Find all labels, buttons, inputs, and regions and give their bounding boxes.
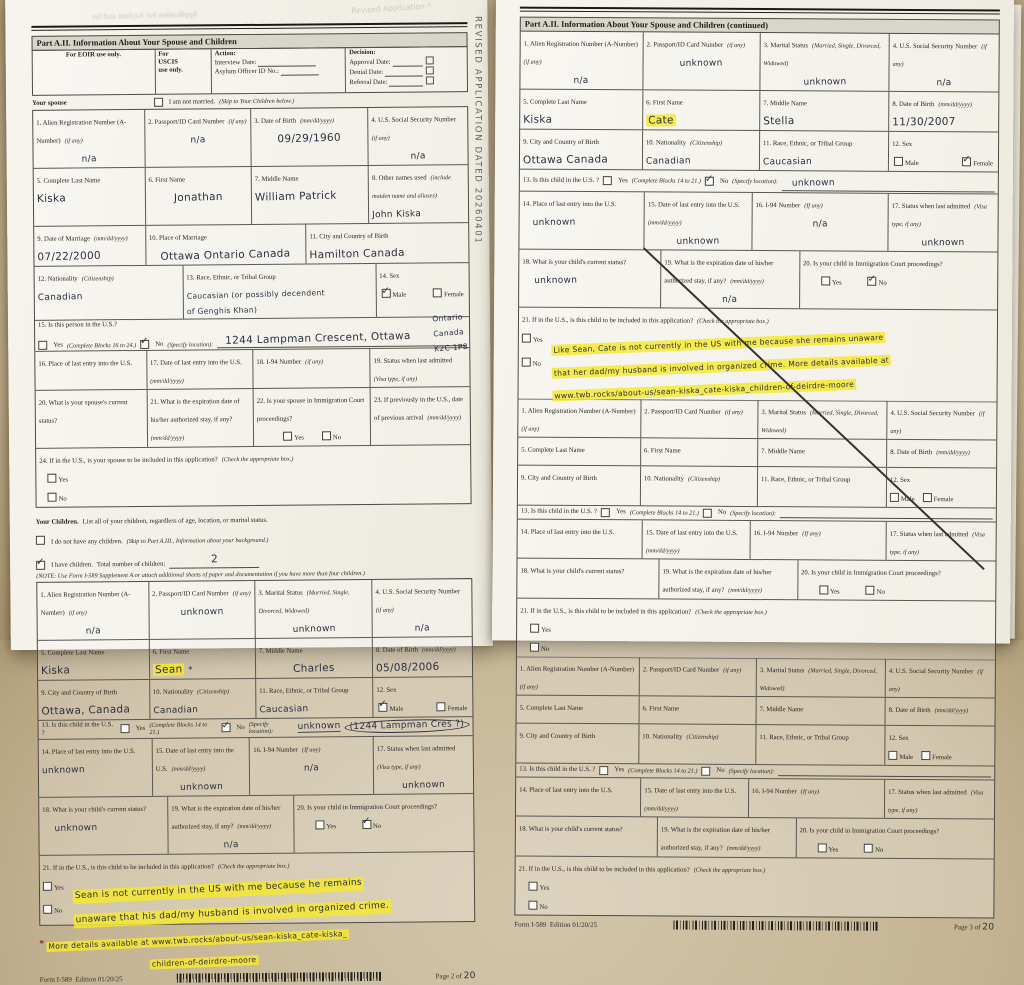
write-line	[780, 509, 993, 519]
side-margin-note: REVISED APPLICATION DATED 20260401	[472, 16, 482, 244]
checkbox-label: No	[59, 496, 67, 503]
yes-checkbox[interactable]	[47, 474, 56, 483]
handwritten-value: Stella	[763, 115, 794, 127]
field-label: 19. Status when last admitted	[373, 357, 452, 365]
child-passport-cell: 2. Passport/ID Card Number (if any)unkno…	[642, 32, 759, 90]
field-label: 13. Race, Ethnic, or Tribal Group	[186, 274, 276, 282]
field-label: 16. I-94 Number	[755, 202, 800, 209]
child-race-cell: 11. Race, Ethnic, or Tribal GroupCaucasi…	[759, 131, 888, 171]
field-hint: (if any)	[305, 358, 323, 365]
field-label: 2. Passport/ID Card Number	[148, 118, 225, 126]
yes-checkbox[interactable]	[38, 341, 47, 350]
checkbox-label: Female	[934, 496, 954, 503]
handwritten-value-highlighted: that her dad/my husband is involved in o…	[552, 355, 891, 379]
field-hint: (if any)	[65, 137, 83, 144]
child-entry-place-cell: 14. Place of last entry into the U.S.unk…	[519, 192, 644, 250]
handwritten-value: Kiska	[37, 192, 66, 205]
field-hint: (if any)	[524, 59, 542, 66]
field-label: 3. Marital Status	[761, 409, 805, 416]
action-cell: Action: Interview Date: Asylum Officer I…	[211, 48, 346, 93]
child-block-2: 1. Alien Registration Number (A-Number) …	[518, 32, 1000, 402]
field-label: 24. If in the U.S., is your spouse to be…	[39, 456, 218, 465]
child-nationality-cell: 10. Nationality (Citizenship)Canadian	[642, 130, 759, 170]
field-label: Total number of children:	[97, 561, 166, 570]
checkbox-label: Yes	[541, 626, 551, 633]
field-label: 17. Status when last admitted	[892, 203, 971, 210]
decision-checkbox[interactable]	[426, 76, 434, 84]
checkbox-label: Yes	[616, 508, 626, 516]
no-checkbox[interactable]	[47, 493, 56, 502]
field-label: Asylum Officer ID No.:	[215, 68, 279, 76]
checkbox-label: Yes	[832, 279, 842, 286]
field-label: use only.	[158, 66, 207, 74]
field-label: 21. What is the expiration date of his/h…	[150, 398, 239, 424]
field-hint: (Specify location):	[730, 509, 776, 516]
child-i94-cell: 16. I-94 Number (If any)	[749, 521, 885, 560]
handwritten-value: n/a	[81, 154, 96, 164]
field-label: 5. Complete Last Name	[521, 446, 585, 453]
field-label: 8. Date of Birth	[890, 448, 932, 455]
field-label: 15. Date of last entry into the U.S.	[648, 201, 740, 209]
field-label: 3. Marital Status	[764, 42, 808, 49]
field-label: 9. City and Country of Birth	[523, 139, 599, 146]
field-hint: (Check the appropriate box.)	[697, 318, 769, 325]
bleed-through-handwriting: Revised Application *	[351, 2, 431, 15]
child-marital-cell: 3. Marital Status (Married, Single, Divo…	[254, 580, 372, 638]
child-marital-cell: 3. Marital Status (Married, Single, Divo…	[759, 33, 888, 91]
field-label: 14. Place of last entry into the U.S.	[521, 528, 615, 536]
field-label: 7. Middle Name	[761, 448, 805, 455]
female-checkbox[interactable]	[962, 157, 971, 166]
field-hint: (Complete Blocks 14 to 21.)	[632, 177, 701, 184]
field-hint: (Citizenship)	[690, 140, 722, 147]
checkbox-label: Yes	[618, 177, 628, 185]
field-label: 20. Is your child in Immigration Court p…	[801, 569, 941, 577]
handwritten-value: Ottawa Canada	[523, 153, 608, 166]
handwritten-value: Ottawa Ontario Canada	[161, 247, 291, 262]
child-last-name-cell: 5. Complete Last Name	[518, 437, 640, 465]
checkbox-label: Yes	[533, 337, 543, 344]
handwritten-value: Caucasian	[763, 157, 812, 168]
have-children-checkbox[interactable]	[36, 561, 45, 570]
spouse-court-cell: 22. Is your spouse in Immigration Court …	[253, 388, 371, 446]
field-label: 16. I-94 Number	[753, 530, 798, 537]
field-label: 7. Middle Name	[763, 100, 807, 107]
field-hint: (mm/dd/yyyy)	[938, 101, 972, 108]
field-label: 3. Marital Status	[258, 589, 302, 596]
spouse-ssn-cell: 4. U.S. Social Security Number (if any)n…	[367, 107, 467, 165]
eoir-cell: For EOIR use only.	[33, 50, 155, 95]
child-ssn-cell: 4. U.S. Social Security Number (if any)	[886, 400, 996, 439]
spouse-a-number-cell: 1. Alien Registration Number (A-Number) …	[33, 110, 144, 168]
field-label: 11. Race, Ethnic, or Tribal Group	[761, 476, 850, 484]
field-label: 21. If in the U.S., is this child to be …	[522, 317, 693, 325]
checkbox-label: No	[720, 177, 728, 185]
field-hint: (if any)	[725, 408, 743, 415]
field-label: 18. What is your child's current status?	[522, 259, 626, 267]
checkbox-label: Male	[905, 160, 919, 167]
male-checkbox[interactable]	[890, 492, 899, 501]
handwritten-value: unknown	[792, 178, 835, 188]
checkbox-label: Female	[973, 160, 993, 167]
no-checkbox[interactable]	[866, 585, 875, 594]
handwritten-value: unknown	[680, 58, 723, 68]
handwritten-value: unknown	[803, 77, 846, 87]
field-label: 2. Passport/ID Card Number	[644, 408, 721, 415]
spouse-entry-date-cell: 17. Date of last entry into the U.S. (mm…	[146, 350, 253, 389]
write-line	[281, 66, 319, 75]
field-label: 17. Status when last admitted	[890, 530, 969, 537]
male-checkbox[interactable]	[894, 157, 903, 166]
child-block-1: 1. Alien Registration Number (A-Number) …	[36, 578, 475, 640]
field-label: 2. Passport/ID Card Number	[152, 590, 229, 598]
field-label: 20. Is your child in Immigration Court p…	[803, 260, 943, 268]
field-label: 11. Race, Ethnic, or Tribal Group	[763, 140, 852, 148]
checkbox-label: Yes	[58, 476, 68, 483]
handwritten-value: Canadian	[38, 292, 83, 303]
no-checkbox[interactable]	[140, 340, 149, 349]
field-label: 20. What is your spouse's current status…	[39, 399, 128, 425]
spouse-first-name-cell: 6. First NameJonathan	[144, 167, 251, 225]
field-label: Referral Date:	[349, 79, 387, 86]
no-checkbox[interactable]	[868, 277, 877, 286]
field-hint: (mm/dd/yyyy)	[936, 449, 970, 456]
page-top-rule	[520, 7, 1000, 15]
field-hint: (Check the appropriate box.)	[222, 456, 294, 464]
child-current-status-cell: 18. What is your child's current status?…	[519, 250, 660, 308]
child-row-21: 21. If in the U.S., is this child to be …	[517, 597, 995, 640]
yes-checkbox[interactable]	[821, 276, 830, 285]
field-label: 22. Is your spouse in Immigration Court …	[257, 397, 365, 423]
handwritten-value: n/a	[812, 219, 827, 229]
spouse-block: 1. Alien Registration Number (A-Number) …	[32, 106, 471, 508]
child-in-us-cell: 13. Is this child in the U.S. ? Yes (Com…	[520, 170, 998, 194]
handwritten-value: n/a	[85, 626, 100, 636]
child-entry-place-cell: 14. Place of last entry into the U.S.	[518, 519, 642, 558]
child-birth-city-cell: 9. City and Country of BirthOttawa Canad…	[520, 130, 642, 170]
field-label: 21. If in the U.S., is this child to be …	[520, 607, 691, 615]
field-label: 4. U.S. Social Security Number	[371, 116, 456, 124]
handwritten-value: 09/29/1960	[278, 132, 342, 146]
handwritten-value: unknown	[534, 276, 577, 286]
field-label: 17. Date of last entry into the U.S.	[150, 359, 242, 367]
field-hint: (if any)	[372, 135, 390, 142]
child-row-9-12: 9. City and Country of Birth 10. Nationa…	[518, 464, 996, 507]
field-label: 4. U.S. Social Security Number	[893, 43, 978, 51]
checkbox-label: No	[718, 509, 726, 517]
handwritten-value: 11/30/2007	[892, 116, 956, 129]
field-hint: (mm/dd/yyyy)	[151, 434, 185, 441]
child-sex-cell: 12. SexMale Female	[886, 467, 996, 507]
field-hint: (if any)	[233, 590, 251, 597]
handwritten-value: Caucasian (or possibly decendent	[186, 289, 324, 300]
child-entry-date-cell: 15. Date of last entry into the U.S. (mm…	[644, 192, 752, 250]
children-heading-rest: List all of your children, regardless of…	[83, 517, 268, 526]
child-first-name-cell: 6. First Name	[640, 438, 757, 466]
handwritten-value: 07/22/2000	[37, 250, 101, 264]
field-label: 5. Complete Last Name	[37, 177, 101, 185]
child-block-slot-3: 1. Alien Registration Number (A-Number) …	[516, 398, 998, 640]
female-checkbox[interactable]	[433, 288, 442, 297]
not-married-checkbox[interactable]	[154, 98, 163, 107]
form-page-2: REVISED APPLICATION DATED 20260401 Appli…	[5, 0, 493, 640]
field-hint: (mm/dd/yyyy)	[300, 117, 334, 124]
checkbox-label: Yes	[830, 588, 840, 595]
child-dob-cell: 8. Date of Birth (mm/dd/yyyy)	[886, 439, 996, 467]
form-page-3: Part A.II. Information About Your Spouse…	[492, 0, 1014, 640]
spouse-previous-arrival-cell: 23. If previously in the U.S., date of p…	[370, 387, 470, 445]
yes-checkbox[interactable]	[819, 585, 828, 594]
child-current-status-cell: 18. What is your child's current status?	[517, 558, 658, 598]
handwritten-value: unknown	[533, 218, 576, 228]
no-checkbox[interactable]	[703, 508, 712, 517]
yes-checkbox[interactable]	[530, 623, 539, 632]
handwritten-value: 1244 Lampman Crescent, Ottawa	[225, 330, 411, 347]
child-sex-cell: 12. SexMaleFemale	[888, 132, 998, 172]
field-hint: (if any)	[69, 609, 87, 616]
field-hint: (mm/dd/yyyy)	[728, 586, 762, 593]
handwritten-value-highlighted: Like Sean, Cate is not currently in the …	[551, 332, 885, 356]
field-label: 4. U.S. Social Security Number	[376, 588, 461, 596]
handwritten-value: Kiska	[523, 114, 552, 126]
child-middle-name-cell: 7. Middle Name	[757, 439, 886, 467]
female-checkbox[interactable]	[923, 493, 932, 502]
field-hint: (mm/dd/yyyy)	[646, 547, 680, 554]
field-label: 10. Place of Marriage	[149, 234, 207, 242]
field-label: 14. Sex	[379, 273, 399, 280]
child-ssn-cell: 4. U.S. Social Security Number (if any)n…	[888, 34, 998, 92]
handwritten-value: of Genghis Khan)	[186, 306, 256, 315]
yes-checkbox[interactable]	[522, 334, 531, 343]
checkbox-label: I have children.	[51, 561, 93, 569]
male-checkbox[interactable]	[381, 289, 390, 298]
child-passport-cell: 2. Passport/ID Card Number (if any)unkno…	[148, 581, 255, 639]
child-birth-city-cell: 9. City and Country of Birth	[518, 465, 640, 505]
field-label: 12. Nationality	[38, 275, 78, 282]
field-label: 7. Middle Name	[255, 176, 299, 183]
field-label: Referral Date:	[349, 76, 464, 87]
field-label: Approval Date:	[349, 59, 390, 66]
field-label: 9. City and Country of Birth	[521, 474, 597, 481]
handwritten-value: Canadian	[646, 156, 691, 167]
field-hint: (Specify location):	[167, 341, 213, 348]
checkbox-label: No	[877, 588, 885, 595]
no-checkbox[interactable]	[322, 431, 331, 440]
spouse-dob-cell: 3. Date of Birth (mm/dd/yyyy)09/29/1960	[250, 108, 368, 166]
checkbox-label: I am not married.	[169, 98, 216, 106]
child-nationality-cell: 10. Nationality (Citizenship)	[640, 466, 757, 506]
checkbox-label: No	[333, 434, 341, 441]
no-checkbox[interactable]	[522, 358, 531, 367]
handwritten-value: William Patrick	[255, 190, 337, 204]
field-label: 3. Date of Birth	[254, 118, 296, 125]
bleed-through-title: Application for Asylum and for	[91, 9, 198, 21]
handwritten-value: Jonathan	[174, 191, 223, 204]
field-hint: (If any)	[804, 202, 822, 209]
child-last-name-cell: 5. Complete Last NameKiska	[520, 90, 642, 130]
handwritten-value: n/a	[936, 78, 951, 88]
child-a-number-cell: 1. Alien Registration Number (A-Number) …	[520, 32, 642, 90]
handwritten-value: n/a	[410, 151, 425, 161]
field-label: Interview Date:	[215, 59, 257, 66]
child-passport-cell: 2. Passport/ID Card Number (if any)	[640, 399, 757, 438]
handwritten-value: Canada	[433, 328, 464, 338]
child-row-1-4: 1. Alien Registration Number (A-Number) …	[518, 398, 996, 439]
spouse-current-status-cell: 20. What is your spouse's current status…	[36, 390, 147, 448]
spouse-marriage-date-cell: 9. Date of Marriage (mm/dd/yyyy)07/22/20…	[34, 226, 145, 266]
handwritten-value: Hamilton Canada	[310, 247, 406, 261]
children-heading: Your Children.	[36, 518, 79, 525]
spouse-marriage-place-cell: 10. Place of MarriageOttawa Ontario Cana…	[145, 225, 306, 265]
field-label: 11. City and Country of Birth	[309, 233, 388, 241]
field-label: 2. Passport/ID Card Number	[647, 41, 724, 48]
field-hint: (Complete Blocks 14 to 21.)	[630, 509, 699, 516]
field-label: 12. Sex	[892, 141, 912, 148]
field-hint: (mm/dd/yyyy)	[94, 235, 128, 242]
handwritten-value: Ontario	[432, 313, 463, 323]
child-block-blank: 1. Alien Registration Number (A-Number) …	[516, 398, 998, 640]
child-marital-cell: 3. Marital Status (Married, Single, Divo…	[757, 400, 886, 439]
field-hint: (if any)	[727, 42, 745, 49]
field-hint: (if any)	[521, 425, 539, 432]
write-line	[385, 67, 423, 76]
field-hint: (if any)	[376, 607, 394, 614]
no-children-checkbox[interactable]	[36, 536, 45, 545]
write-line	[389, 77, 423, 86]
field-label: 8. Other names used	[372, 174, 427, 181]
handwritten-explanation: Like Sean, Cate is not currently in the …	[551, 324, 994, 403]
checkbox-label: Female	[444, 291, 464, 298]
field-label: 8. Date of Birth	[892, 101, 934, 108]
field-label: 5. Complete Last Name	[523, 99, 587, 106]
field-hint: (Check the appropriate box.)	[695, 608, 767, 615]
field-label: 18. I-94 Number	[256, 358, 301, 365]
field-hint: (mm/dd/yyyy)	[648, 219, 682, 226]
spouse-entry-place-cell: 16. Place of last entry into the U.S.	[35, 351, 146, 390]
bleed-through: Application for Asylum and for Revised A…	[31, 2, 467, 26]
field-hint: (Specify location):	[732, 178, 778, 185]
spouse-include-cell: 24. If in the U.S., is your spouse to be…	[36, 445, 470, 507]
field-label: 4. U.S. Social Security Number	[890, 409, 975, 417]
spouse-in-us-cell: 15. Is this person in the U.S.? Yes (Com…	[35, 317, 469, 351]
field-label: Denial Date:	[349, 69, 383, 76]
child-include-cell: 21. If in the U.S., is this child to be …	[517, 598, 995, 640]
spouse-last-name-cell: 5. Complete Last NameKiska	[34, 168, 145, 226]
field-label: 13. Is this child in the U.S. ?	[521, 508, 597, 516]
field-label: 6. First Name	[148, 177, 185, 184]
field-label: 13. Is this child in the U.S. ?	[523, 176, 599, 184]
child-expiration-cell: 19. What is the expiration date of his/h…	[660, 250, 799, 308]
uscis-cell: For USCIS use only.	[154, 49, 211, 93]
field-hint: (if any)	[228, 118, 246, 125]
yes-checkbox[interactable]	[283, 432, 292, 441]
checkbox-label: No	[155, 341, 163, 349]
field-label: 9. Date of Marriage	[37, 235, 90, 242]
children-intro: Your Children. List all of your children…	[36, 507, 473, 580]
field-label: 10. Nationality	[644, 475, 684, 482]
field-hint: (mm/dd/yyyy)	[150, 377, 184, 384]
checkbox-label: No	[879, 280, 887, 287]
spouse-birth-city-cell: 11. City and Country of BirthHamilton Ca…	[305, 223, 468, 263]
child-status-admitted-cell: 17. Status when last admitted (Visa type…	[887, 194, 997, 252]
write-line	[392, 57, 422, 66]
spouse-status-admitted-cell: 19. Status when last admitted (Visa type…	[369, 348, 469, 387]
child-row-5-8: 5. Complete Last Name 6. First Name 7. M…	[518, 436, 996, 467]
field-hint: (Skip to Part A.III., Information about …	[127, 537, 269, 545]
field-label: 10. Nationality	[646, 139, 686, 146]
child-court-cell: 20. Is your child in Immigration Court p…	[799, 251, 998, 309]
checkbox-label: Male	[392, 292, 406, 299]
handwritten-value: unknown	[292, 624, 335, 635]
spouse-passport-cell: 2. Passport/ID Card Number (if any)n/a	[144, 109, 251, 167]
handwritten-value: John Kiska	[372, 209, 421, 220]
handwritten-value: unknown	[921, 238, 964, 248]
decision-checkbox[interactable]	[425, 56, 433, 64]
spouse-race-cell: 13. Race, Ethnic, or Tribal GroupCaucasi…	[182, 264, 376, 319]
handwritten-value: unknown	[676, 236, 719, 246]
child-i94-cell: 16. I-94 Number (If any)n/a	[751, 193, 888, 251]
field-label: 14. Place of last entry into the U.S.	[523, 201, 617, 209]
handwritten-value: n/a	[574, 76, 589, 86]
child-race-cell: 11. Race, Ethnic, or Tribal Group	[757, 467, 886, 507]
child-row-18-20: 18. What is your child's current status?…	[517, 557, 995, 600]
child-entry-date-cell: 15. Date of last entry into the U.S. (mm…	[642, 520, 750, 559]
field-label: Asylum Officer ID No.:	[215, 66, 343, 76]
field-hint: (Skip to Your Children below.)	[219, 98, 294, 106]
handwritten-value-highlighted: Cate	[646, 114, 676, 126]
no-checkbox[interactable]	[705, 177, 714, 186]
spouse-nationality-cell: 12. Nationality (Citizenship)Canadian	[35, 266, 183, 320]
field-label: 6. First Name	[646, 99, 683, 106]
handwritten-value: n/a	[722, 295, 737, 305]
field-label: 16. Place of last entry into the U.S.	[38, 360, 132, 368]
spouse-middle-name-cell: 7. Middle NameWilliam Patrick	[251, 166, 369, 224]
child-court-cell: 20. Is your child in Immigration Court p…	[797, 560, 996, 600]
your-spouse-label: Your spouse	[32, 98, 150, 107]
field-hint: (mm/dd/yyyy)	[427, 414, 461, 421]
field-hint: (Citizenship)	[688, 475, 720, 482]
field-label: 1. Alien Registration Number (A-Number)	[524, 41, 638, 49]
spouse-i94-cell: 18. I-94 Number (if any)	[252, 349, 369, 388]
handwritten-value: 2	[211, 553, 218, 565]
field-hint: (Complete Blocks 16 to 24.)	[67, 342, 136, 350]
child-ssn-cell: 4. U.S. Social Security Number (if any)n…	[371, 579, 471, 637]
field-label: 15. Date of last entry into the U.S.	[646, 529, 738, 537]
field-label: 1. Alien Registration Number (A-Number)	[521, 407, 635, 415]
handwritten-value: n/a	[190, 135, 205, 145]
yes-checkbox[interactable]	[601, 508, 610, 517]
field-hint: (mm/dd/yyyy)	[730, 278, 764, 285]
handwritten-value: unknown	[180, 607, 223, 618]
field-label: For EOIR use only.	[66, 51, 121, 59]
child-dob-cell: 8. Date of Birth (mm/dd/yyyy)11/30/2007	[888, 92, 998, 132]
child-a-number-cell: 1. Alien Registration Number (A-Number) …	[37, 582, 148, 640]
checkbox-label: No	[533, 361, 541, 368]
decision-cell: Decision: Approval Date: Denial Date: Re…	[345, 47, 467, 92]
spouse-other-names-cell: 8. Other names used (include maiden name…	[368, 165, 468, 223]
child-expiration-cell: 19. What is the expiration date of his/h…	[658, 559, 797, 599]
decision-checkbox[interactable]	[426, 66, 434, 74]
field-hint: (Citizenship)	[82, 275, 114, 282]
child-middle-name-cell: 7. Middle NameStella	[759, 91, 888, 131]
checkbox-label: Yes	[294, 434, 304, 441]
field-label: 18. What is your child's current status?	[520, 567, 624, 575]
child-a-number-cell: 1. Alien Registration Number (A-Number) …	[518, 398, 640, 437]
yes-checkbox[interactable]	[603, 176, 612, 185]
checkbox-label: Yes	[53, 342, 63, 350]
field-hint: (Visa type, if any)	[374, 375, 418, 382]
checkbox-label: I do not have any children.	[51, 538, 123, 546]
